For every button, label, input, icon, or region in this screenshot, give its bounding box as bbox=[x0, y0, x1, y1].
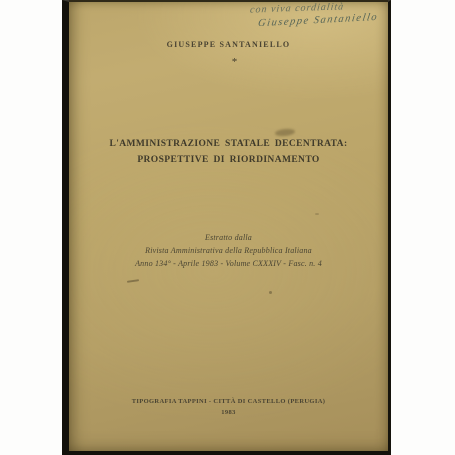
imprint-block: Estratto dalla Rivista Amministrativa de… bbox=[69, 232, 388, 270]
author-name: GIUSEPPE SANTANIELLO bbox=[69, 40, 388, 49]
title-line-1: L'AMMINISTRAZIONE STATALE DECENTRATA: bbox=[69, 137, 388, 153]
imprint-journal-line: Rivista Amministrativa della Repubblica … bbox=[69, 245, 388, 258]
imprint-issue-line: Anno 134° - Aprile 1983 - Volume CXXXIV … bbox=[69, 258, 388, 271]
year-line: 1983 bbox=[69, 408, 388, 419]
asterisk-separator: * bbox=[75, 56, 394, 68]
scan-background: con viva cordialità Giuseppe Santaniello… bbox=[0, 0, 455, 455]
paper-speck-faint bbox=[315, 213, 319, 215]
printer-line: TIPOGRAFIA TAPPINI - CITTÀ DI CASTELLO (… bbox=[69, 397, 388, 408]
pencil-mark bbox=[127, 279, 139, 283]
title-line-2: PROSPETTIVE DI RIORDINAMENTO bbox=[69, 153, 388, 169]
offprint-cover-page: con viva cordialità Giuseppe Santaniello… bbox=[62, 0, 391, 455]
imprint-extract-line: Estratto dalla bbox=[69, 232, 388, 245]
paper-speck bbox=[269, 291, 272, 294]
colophon-block: TIPOGRAFIA TAPPINI - CITTÀ DI CASTELLO (… bbox=[69, 397, 388, 418]
ink-smudge bbox=[275, 128, 296, 137]
title-block: L'AMMINISTRAZIONE STATALE DECENTRATA: PR… bbox=[69, 137, 388, 168]
